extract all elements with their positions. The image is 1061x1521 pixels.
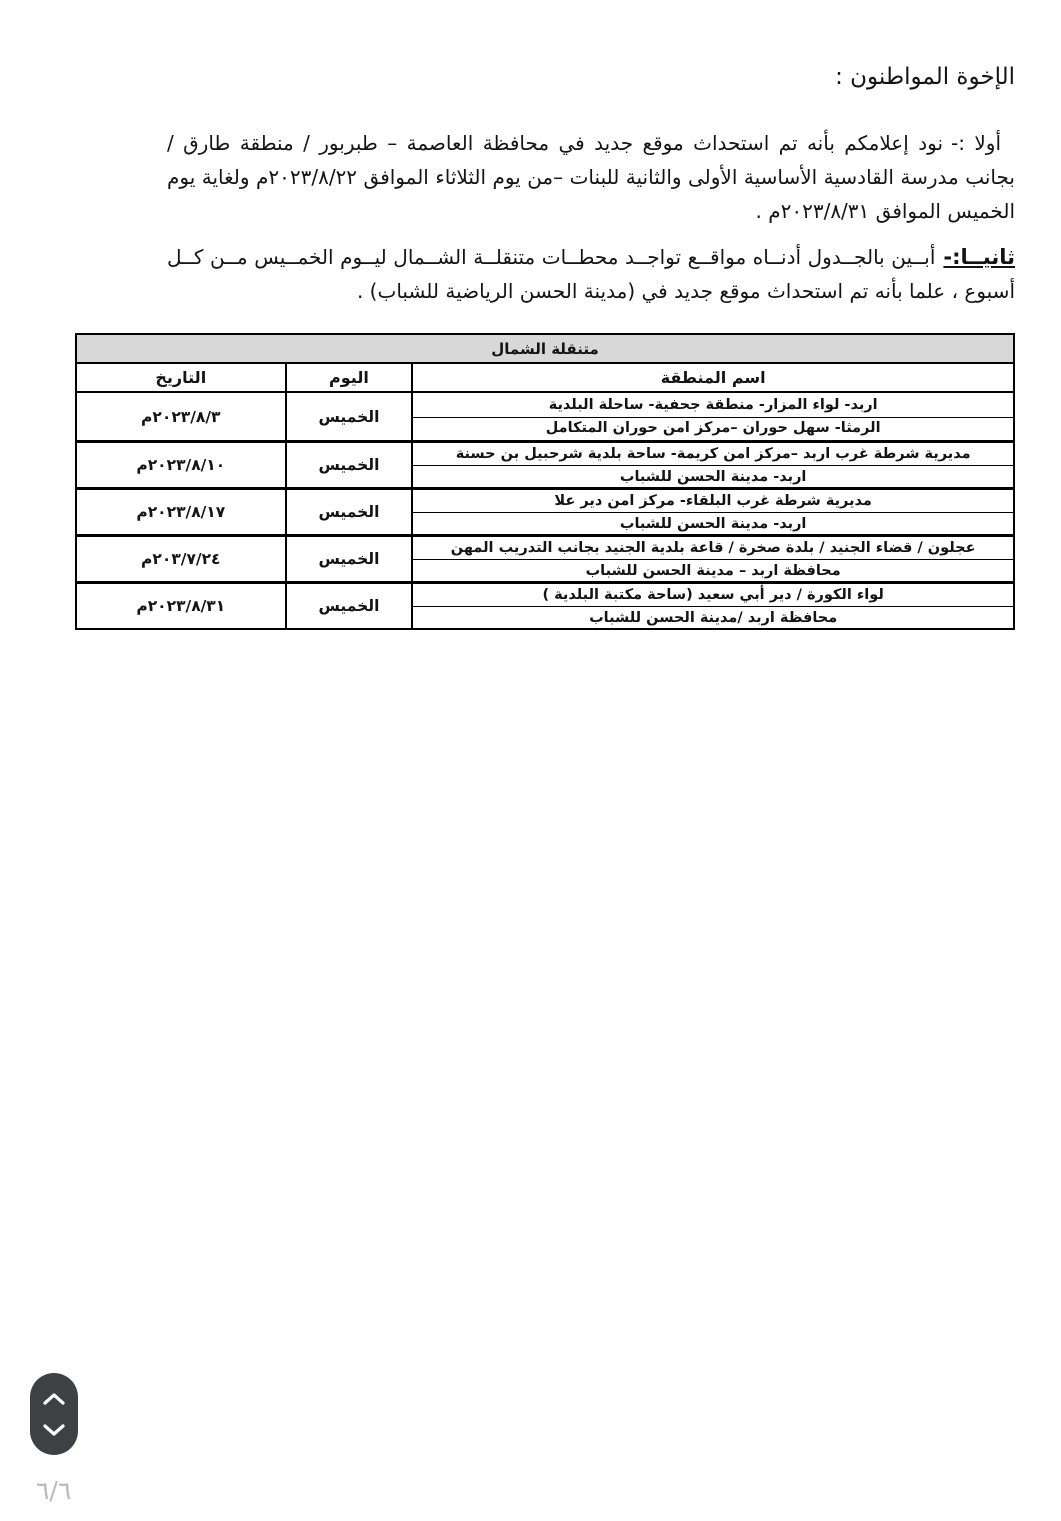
column-header-day: اليوم [285, 364, 412, 391]
date-cell: ٢٠٢٣/٨/١٧م [77, 490, 285, 534]
area-line: لواء الكورة / دير أبي سعيد (ساحة مكتبة ا… [413, 584, 1013, 606]
area-cell: عجلون / قضاء الجنيد / بلدة صخرة / قاعة ب… [411, 537, 1013, 581]
table-row: مديرية شرطة غرب البلقاء- مركز امن دير عل… [77, 487, 1013, 534]
day-cell: الخميس [285, 584, 412, 628]
scroll-down-button[interactable] [39, 1421, 69, 1439]
area-line: اربد- لواء المزار- منطقة جحفية- ساحلة ال… [413, 393, 1013, 417]
column-header-date: التاريخ [77, 364, 285, 391]
area-cell: مديرية شرطة غرب البلقاء- مركز امن دير عل… [411, 490, 1013, 534]
page-title: الإخوة المواطنون : [835, 64, 1015, 90]
day-cell: الخميس [285, 393, 412, 440]
day-cell: الخميس [285, 537, 412, 581]
paragraph-second: ثانيــا:-أبــين بالجــدول أدنــاه مواقــ… [167, 240, 1015, 308]
area-line: محافظة اربد – مدينة الحسن للشباب [413, 559, 1013, 581]
area-cell: اربد- لواء المزار- منطقة جحفية- ساحلة ال… [411, 393, 1013, 440]
table-header-row: اسم المنطقة اليوم التاريخ [77, 364, 1013, 393]
date-cell: ٢٠٢٣/٨/١٠م [77, 443, 285, 487]
page-number: ٦/٦ [36, 1476, 71, 1505]
area-line: عجلون / قضاء الجنيد / بلدة صخرة / قاعة ب… [413, 537, 1013, 559]
area-line: الرمثا- سهل حوران –مركز امن حوران المتكا… [413, 417, 1013, 440]
table-row: لواء الكورة / دير أبي سعيد (ساحة مكتبة ا… [77, 581, 1013, 628]
area-line: اربد- مدينة الحسن للشباب [413, 465, 1013, 487]
date-cell: ٢٠٢٣/٨/٣١م [77, 584, 285, 628]
area-cell: لواء الكورة / دير أبي سعيد (ساحة مكتبة ا… [411, 584, 1013, 628]
second-clause-label: ثانيــا:- [943, 245, 1015, 269]
table-row: عجلون / قضاء الجنيد / بلدة صخرة / قاعة ب… [77, 534, 1013, 581]
table-title: متنقلة الشمال [77, 335, 1013, 364]
second-clause-text: أبــين بالجــدول أدنــاه مواقــع تواجــد… [167, 245, 1015, 303]
column-header-area: اسم المنطقة [411, 364, 1013, 391]
date-cell: ٢٠٢٣/٨/٣م [77, 393, 285, 440]
paragraph-first: أولا :-نود إعلامكم بأنه تم استحداث موقع … [167, 126, 1015, 228]
table-row: اربد- لواء المزار- منطقة جحفية- ساحلة ال… [77, 393, 1013, 440]
area-line: مديرية شرطة غرب اربد –مركز امن كريمة- سا… [413, 443, 1013, 465]
day-cell: الخميس [285, 443, 412, 487]
area-cell: مديرية شرطة غرب اربد –مركز امن كريمة- سا… [411, 443, 1013, 487]
scroll-control [30, 1373, 78, 1455]
area-line: مديرية شرطة غرب البلقاء- مركز امن دير عل… [413, 490, 1013, 512]
scroll-up-button[interactable] [39, 1389, 69, 1407]
chevron-up-icon [43, 1392, 65, 1405]
first-clause-label: أولا :- [951, 131, 1001, 155]
area-line: اربد- مدينة الحسن للشباب [413, 512, 1013, 534]
date-cell: ٢٠٣/٧/٢٤م [77, 537, 285, 581]
table-row: مديرية شرطة غرب اربد –مركز امن كريمة- سا… [77, 440, 1013, 487]
day-cell: الخميس [285, 490, 412, 534]
chevron-down-icon [43, 1424, 65, 1437]
schedule-table: متنقلة الشمال اسم المنطقة اليوم التاريخ … [75, 333, 1015, 630]
first-clause-text: نود إعلامكم بأنه تم استحداث موقع جديد في… [167, 131, 1015, 223]
area-line: محافظة اربد /مدينة الحسن للشباب [413, 606, 1013, 628]
